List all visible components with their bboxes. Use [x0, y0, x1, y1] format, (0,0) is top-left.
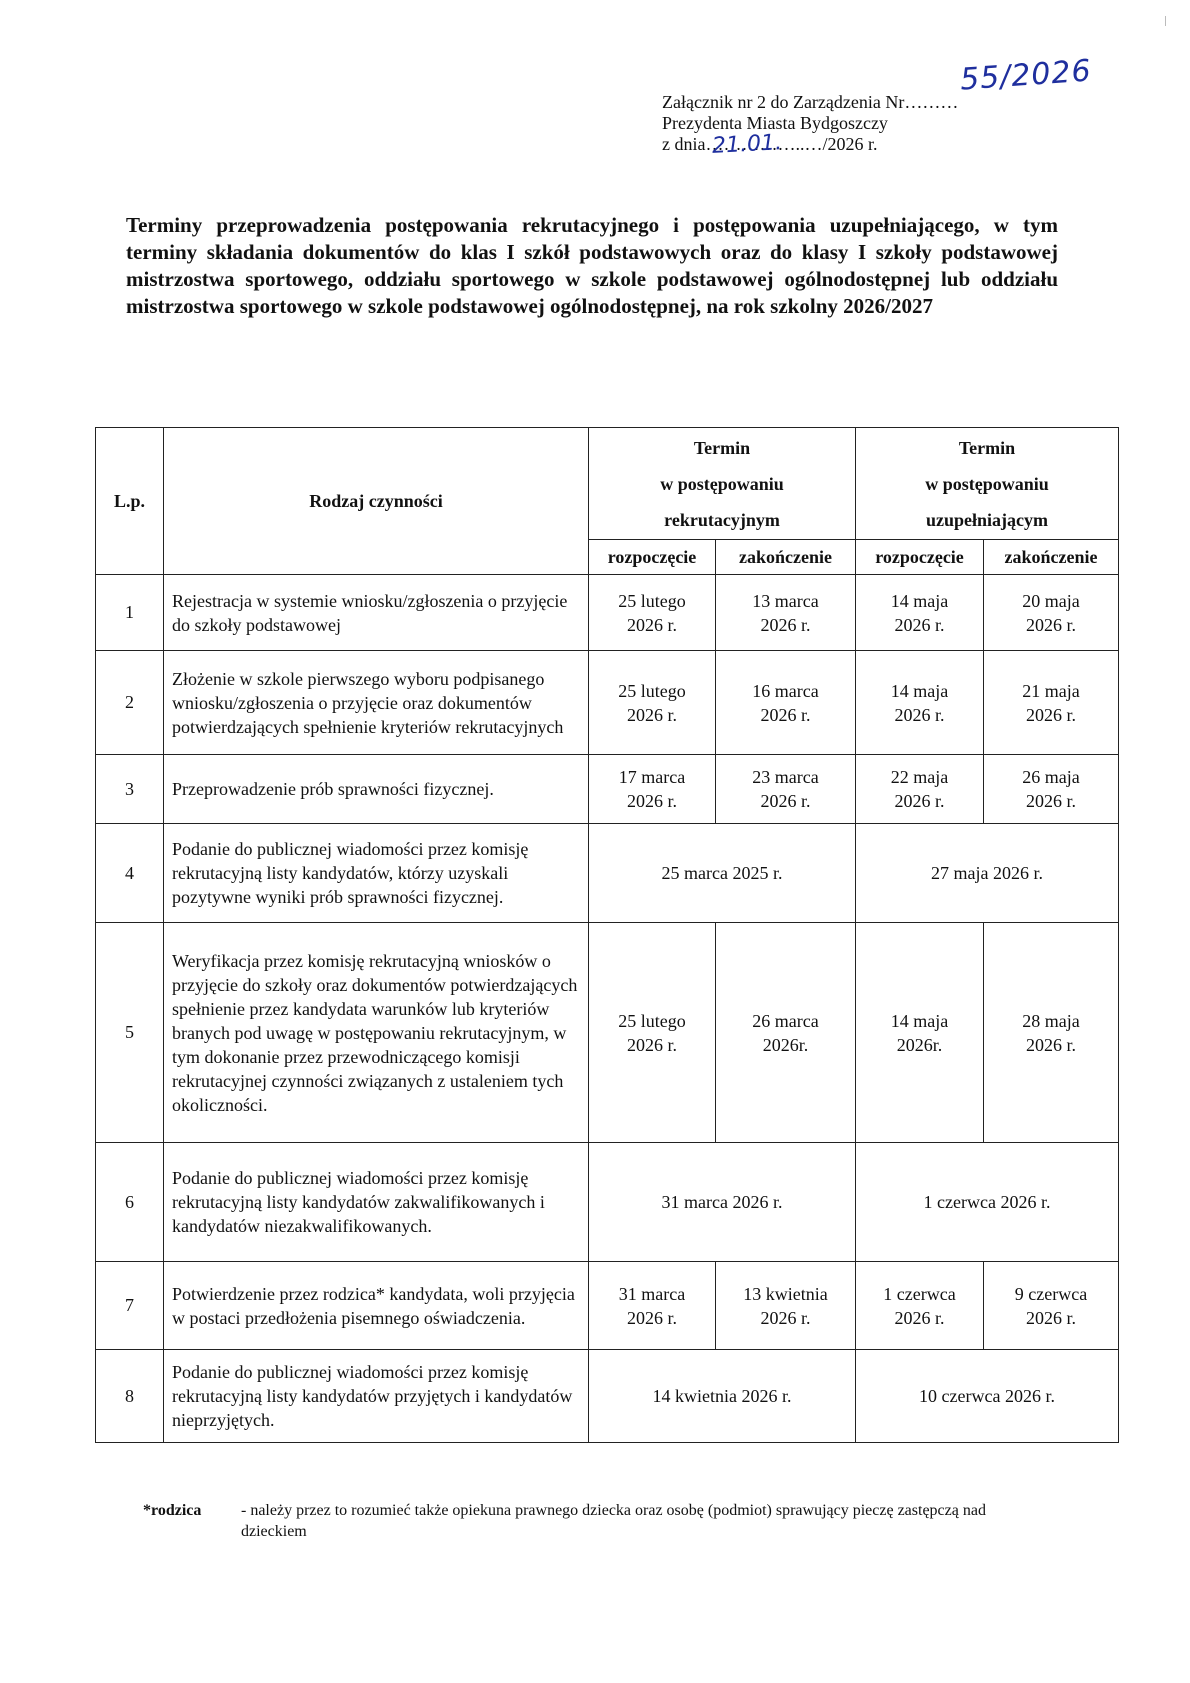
annex-header: Załącznik nr 2 do Zarządzenia Nr……… Prez… [662, 92, 958, 155]
sup-date: 10 czerwca 2026 r. [856, 1350, 1119, 1443]
footnote: *rodzica- należy przez to rozumieć także… [143, 1500, 1063, 1542]
table-row: 1Rejestracja w systemie wniosku/zgłoszen… [96, 575, 1119, 651]
header-recruitment: Termin w postępowaniu rekrutacyjnym [589, 428, 856, 540]
table-row: 4Podanie do publicznej wiadomości przez … [96, 824, 1119, 923]
rec-date: 31 marca 2026 r. [589, 1143, 856, 1262]
row-number: 7 [96, 1262, 164, 1350]
row-activity: Rejestracja w systemie wniosku/zgłoszeni… [164, 575, 589, 651]
rec-start-date: 25 lutego2026 r. [589, 923, 716, 1143]
sup-end-date: 26 maja2026 r. [984, 755, 1119, 824]
row-activity: Potwierdzenie przez rodzica* kandydata, … [164, 1262, 589, 1350]
row-number: 1 [96, 575, 164, 651]
rec-end-date: 26 marca2026r. [716, 923, 856, 1143]
sup-start-date: 14 maja2026r. [856, 923, 984, 1143]
sup-end-date: 9 czerwca2026 r. [984, 1262, 1119, 1350]
table-row: 7Potwierdzenie przez rodzica* kandydata,… [96, 1262, 1119, 1350]
sup-date: 27 maja 2026 r. [856, 824, 1119, 923]
table-row: 8Podanie do publicznej wiadomości przez … [96, 1350, 1119, 1443]
rec-start-date: 17 marca2026 r. [589, 755, 716, 824]
sup-end-date: 21 maja2026 r. [984, 651, 1119, 755]
footnote-text: - należy przez to rozumieć także opiekun… [241, 1500, 1041, 1542]
row-number: 4 [96, 824, 164, 923]
row-number: 2 [96, 651, 164, 755]
header-sup-start: rozpoczęcie [856, 540, 984, 575]
table-row: 2Złożenie w szkole pierwszego wyboru pod… [96, 651, 1119, 755]
row-activity: Weryfikacja przez komisję rekrutacyjną w… [164, 923, 589, 1143]
handwritten-date: 21.01. [711, 130, 782, 159]
header-rec-start: rozpoczęcie [589, 540, 716, 575]
header-supplementary: Termin w postępowaniu uzupełniającym [856, 428, 1119, 540]
row-activity: Podanie do publicznej wiadomości przez k… [164, 1350, 589, 1443]
header-rec-end: zakończenie [716, 540, 856, 575]
schedule-table: L.p. Rodzaj czynności Termin w postępowa… [95, 427, 1119, 1443]
rec-date: 25 marca 2025 r. [589, 824, 856, 923]
row-number: 6 [96, 1143, 164, 1262]
rec-end-date: 13 kwietnia2026 r. [716, 1262, 856, 1350]
sup-start-date: 14 maja2026 r. [856, 651, 984, 755]
sup-start-date: 14 maja2026 r. [856, 575, 984, 651]
annex-line-3: z dnia……………..…/2026 r. [662, 134, 958, 155]
rec-start-date: 25 lutego2026 r. [589, 575, 716, 651]
scan-mark [1165, 16, 1172, 26]
header-activity: Rodzaj czynności [164, 428, 589, 575]
row-activity: Złożenie w szkole pierwszego wyboru podp… [164, 651, 589, 755]
rec-end-date: 16 marca2026 r. [716, 651, 856, 755]
row-number: 5 [96, 923, 164, 1143]
row-activity: Podanie do publicznej wiadomości przez k… [164, 1143, 589, 1262]
sup-start-date: 22 maja2026 r. [856, 755, 984, 824]
rec-start-date: 31 marca2026 r. [589, 1262, 716, 1350]
row-number: 3 [96, 755, 164, 824]
sup-end-date: 20 maja2026 r. [984, 575, 1119, 651]
annex-line-1: Załącznik nr 2 do Zarządzenia Nr……… [662, 92, 958, 113]
footnote-key: *rodzica [143, 1500, 241, 1521]
rec-date: 14 kwietnia 2026 r. [589, 1350, 856, 1443]
sup-start-date: 1 czerwca2026 r. [856, 1262, 984, 1350]
header-lp: L.p. [96, 428, 164, 575]
table-row: 5Weryfikacja przez komisję rekrutacyjną … [96, 923, 1119, 1143]
annex-line-2: Prezydenta Miasta Bydgoszczy [662, 113, 958, 134]
header-sup-end: zakończenie [984, 540, 1119, 575]
rec-end-date: 23 marca2026 r. [716, 755, 856, 824]
rec-end-date: 13 marca2026 r. [716, 575, 856, 651]
sup-date: 1 czerwca 2026 r. [856, 1143, 1119, 1262]
row-activity: Podanie do publicznej wiadomości przez k… [164, 824, 589, 923]
row-number: 8 [96, 1350, 164, 1443]
sup-end-date: 28 maja2026 r. [984, 923, 1119, 1143]
table-row: 6Podanie do publicznej wiadomości przez … [96, 1143, 1119, 1262]
table-row: 3Przeprowadzenie prób sprawności fizyczn… [96, 755, 1119, 824]
row-activity: Przeprowadzenie prób sprawności fizyczne… [164, 755, 589, 824]
rec-start-date: 25 lutego2026 r. [589, 651, 716, 755]
document-title: Terminy przeprowadzenia postępowania rek… [126, 212, 1058, 320]
handwritten-order-number: 55/2026 [959, 53, 1093, 97]
